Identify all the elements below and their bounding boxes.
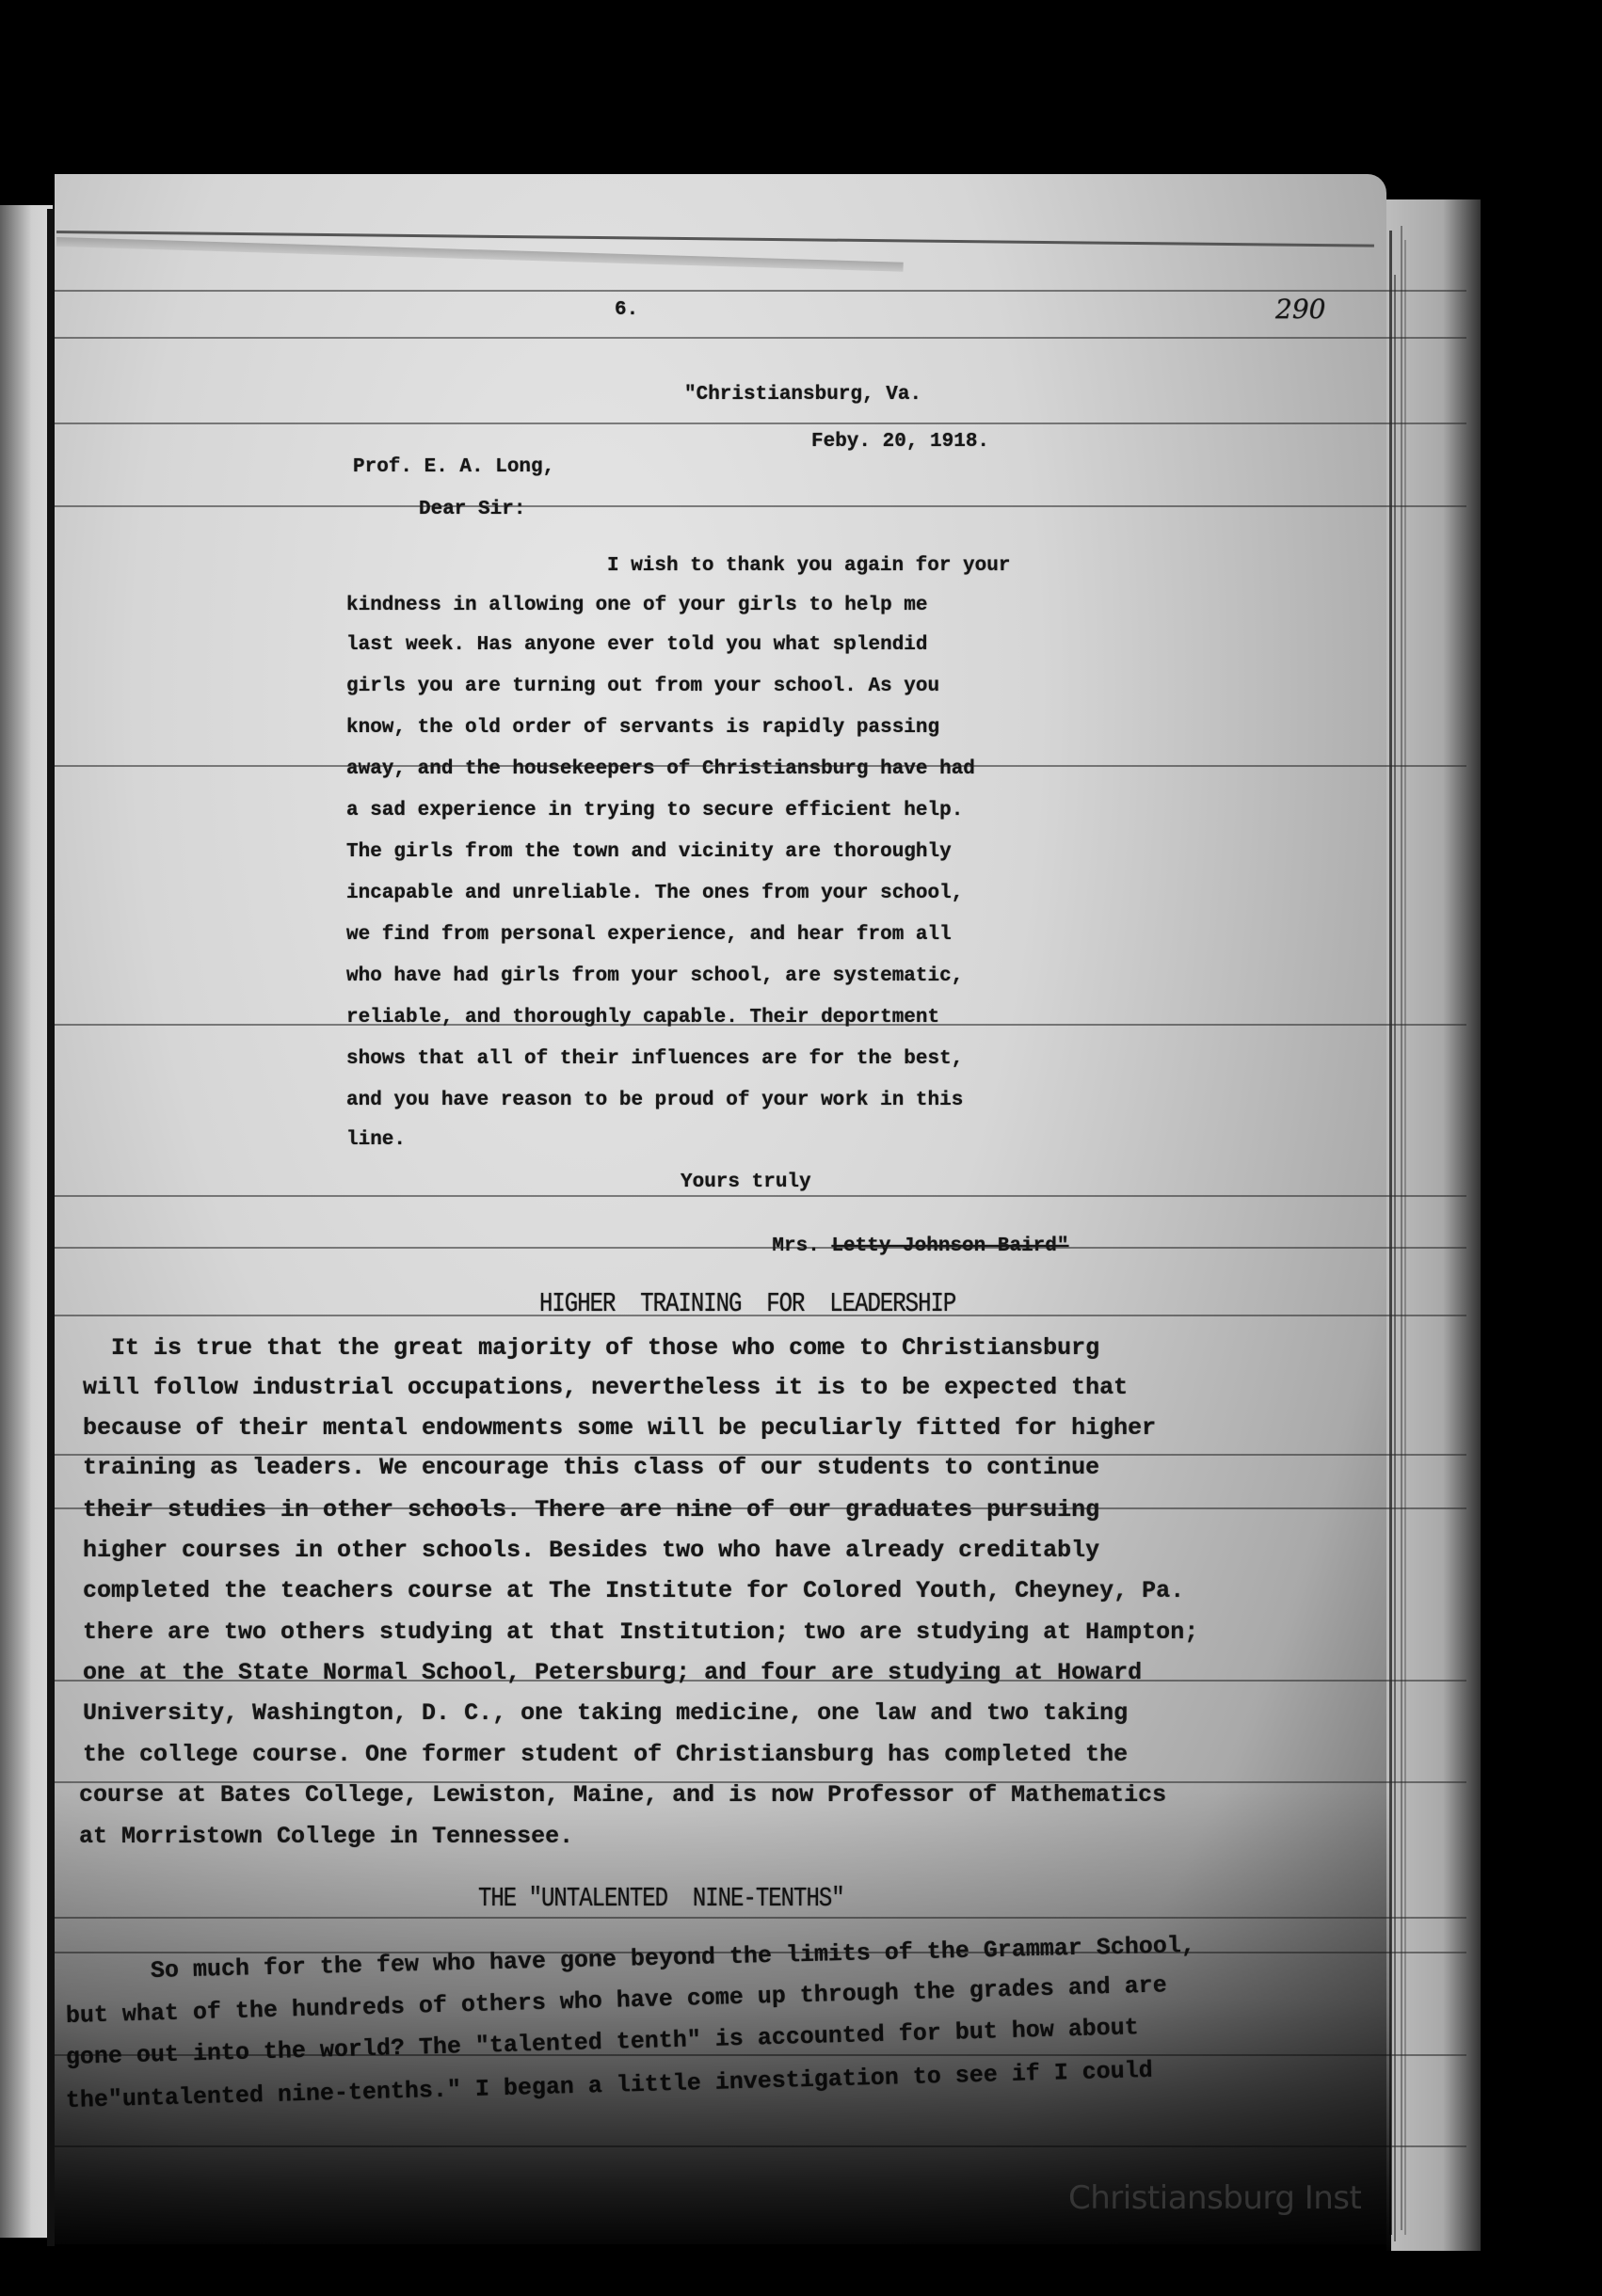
adjacent-page-edge (0, 205, 53, 2238)
sheet-edge (1404, 240, 1406, 2235)
paragraph-line: University, Washington, D. C., one takin… (83, 1699, 1128, 1727)
letter-place: "Christiansburg, Va. (684, 384, 921, 406)
letter-line: last week. Has anyone ever told you what… (346, 634, 928, 656)
letter-line: line. (346, 1129, 406, 1151)
letter-line: reliable, and thoroughly capable. Their … (346, 1007, 939, 1028)
paragraph-line: training as leaders. We encourage this c… (83, 1454, 1099, 1481)
ruled-line (55, 505, 1466, 507)
letter-date: Feby. 20, 1918. (811, 431, 989, 453)
typed-page-number: 6. (615, 299, 638, 321)
watermark: Christiansburg Inst (1068, 2179, 1361, 2217)
letter-line: The girls from the town and vicinity are… (346, 841, 952, 863)
ruled-line (55, 423, 1466, 424)
ruled-line (55, 1195, 1466, 1197)
ruled-line (55, 290, 1466, 292)
paragraph-line: the college course. One former student o… (83, 1741, 1128, 1768)
signature-name: Letty Johnson Baird" (831, 1236, 1068, 1257)
letter-addressee: Prof. E. A. Long, (353, 456, 554, 478)
section-heading-higher-training: HIGHER TRAINING FOR LEADERSHIP (539, 1289, 955, 1319)
ruled-line (55, 337, 1466, 339)
paragraph-line: will follow industrial occupations, neve… (83, 1374, 1128, 1401)
letter-line: incapable and unreliable. The ones from … (346, 883, 963, 904)
letter-line: who have had girls from your school, are… (346, 965, 963, 987)
letter-line: away, and the housekeepers of Christians… (346, 758, 975, 780)
binding-spine (47, 209, 55, 2246)
letter-line: girls you are turning out from your scho… (346, 676, 939, 697)
paragraph-line: their studies in other schools. There ar… (83, 1496, 1099, 1523)
letter-salutation: Dear Sir: (419, 499, 525, 520)
paragraph-line: because of their mental endowments some … (83, 1414, 1156, 1442)
letter-line: kindness in allowing one of your girls t… (346, 595, 928, 616)
paragraph-line: It is true that the great majority of th… (111, 1334, 1099, 1362)
letter-line: shows that all of their influences are f… (346, 1048, 963, 1070)
paragraph-line: one at the State Normal School, Petersbu… (83, 1659, 1142, 1686)
paragraph-line: completed the teachers course at The Ins… (83, 1577, 1184, 1604)
letter-closing: Yours truly (681, 1172, 811, 1193)
sheet-edge (1394, 275, 1396, 2241)
letter-line: know, the old order of servants is rapid… (346, 717, 939, 739)
letter-signature: Mrs. Letty Johnson Baird" (725, 1214, 1068, 1279)
letter-line: I wish to thank you again for your (607, 555, 1010, 577)
letter-line: we find from personal experience, and he… (346, 924, 952, 946)
sheet-edge (1401, 226, 1402, 2230)
paragraph-line: higher courses in other schools. Besides… (83, 1537, 1099, 1564)
letter-line: and you have reason to be proud of your … (346, 1090, 963, 1111)
scanned-page: 6. 290 "Christiansburg, Va. Feby. 20, 19… (0, 0, 1602, 2296)
letter-line: a sad experience in trying to secure eff… (346, 800, 963, 821)
paragraph-line: there are two others studying at that In… (83, 1618, 1198, 1646)
handwritten-folio-number: 290 (1275, 294, 1325, 325)
signature-prefix: Mrs. (772, 1236, 831, 1257)
